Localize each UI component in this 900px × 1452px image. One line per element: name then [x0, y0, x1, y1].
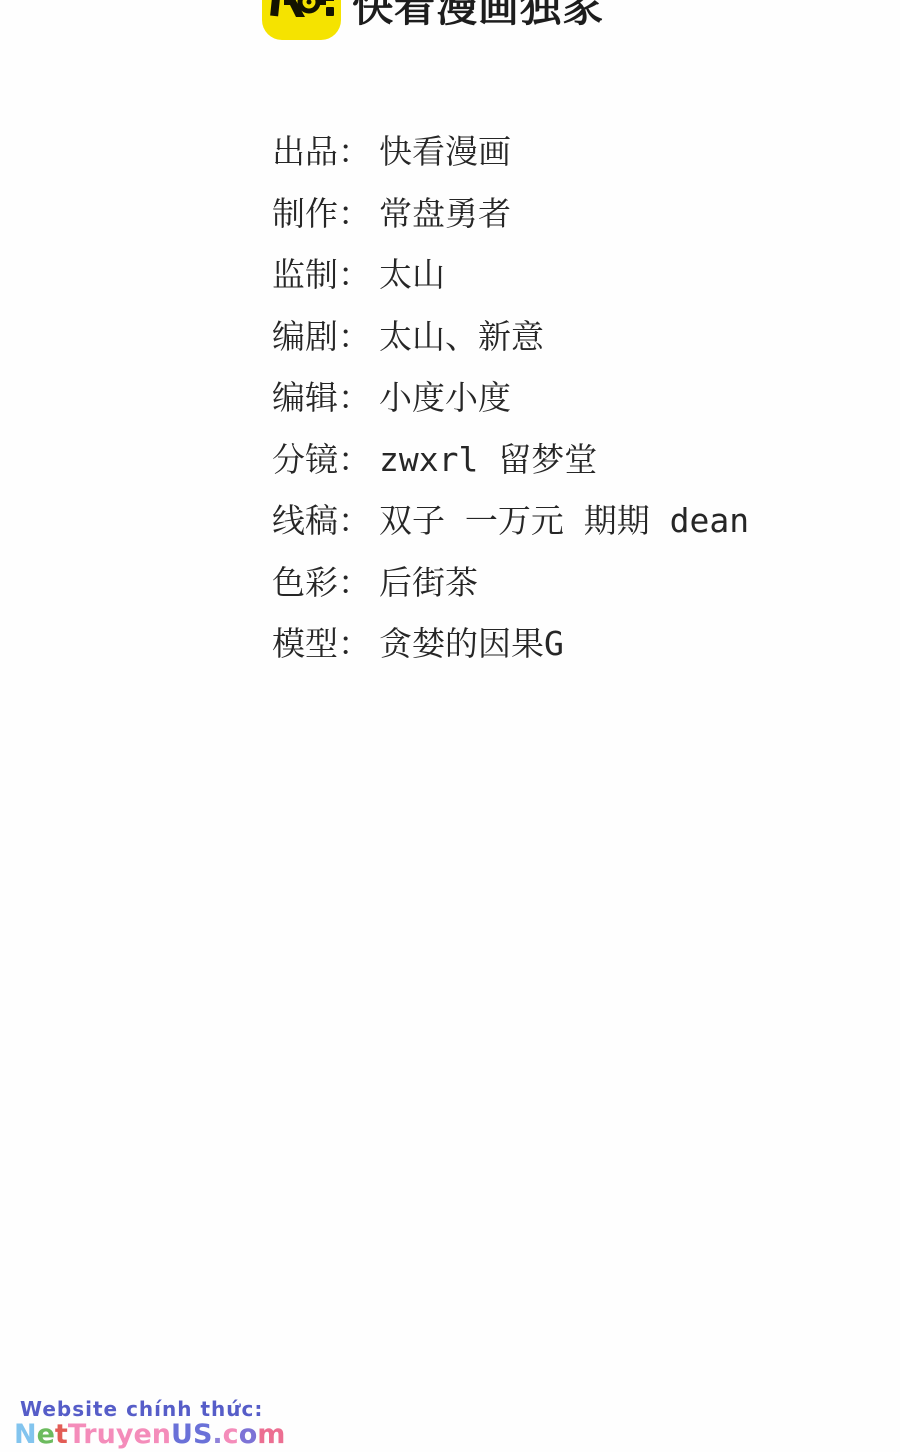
credit-label: 出品：	[272, 126, 371, 173]
credits-list: 出品： 快看漫画 制作： 常盘勇者 监制： 太山 编剧： 太山、新意 编辑： 小…	[272, 119, 749, 673]
credit-row-bianju: 编剧： 太山、新意	[272, 304, 749, 366]
watermark-site-letter: S	[193, 1419, 212, 1450]
kuaikan-app-logo-icon	[262, 0, 341, 40]
watermark-site-letter: o	[239, 1419, 258, 1450]
watermark-site-letter: N	[14, 1419, 37, 1450]
watermark-site-letter: n	[152, 1419, 171, 1450]
watermark-site-letter: e	[133, 1419, 151, 1450]
credit-value: 快看漫画	[379, 126, 511, 173]
credit-value: 双子 一万元 期期 dean	[379, 495, 749, 542]
credit-value: 贪婪的因果G	[379, 618, 564, 665]
watermark-site-letter: u	[97, 1419, 116, 1450]
credit-label: 色彩：	[272, 557, 371, 604]
watermark-site-letter: t	[55, 1419, 68, 1450]
watermark-site-letter: r	[83, 1419, 96, 1450]
credit-label: 编剧：	[272, 311, 371, 358]
credit-label: 分镜：	[272, 434, 371, 481]
watermark-site-letter: .	[212, 1419, 222, 1450]
watermark-site-letter: e	[37, 1419, 55, 1450]
watermark-site-letter: T	[68, 1419, 83, 1450]
kuaikan-logo-glyphs	[262, 0, 341, 40]
credit-row-moxing: 模型： 贪婪的因果G	[272, 611, 749, 673]
watermark-caption: Website chính thức:	[14, 1398, 285, 1420]
credit-row-fenjing: 分镜： zwxrl 留梦堂	[272, 427, 749, 489]
credit-row-secai: 色彩： 后街茶	[272, 550, 749, 612]
credit-label: 编辑：	[272, 372, 371, 419]
watermark-site-letter: m	[257, 1419, 285, 1450]
credit-label: 线稿：	[272, 495, 371, 542]
credit-value: 后街茶	[379, 557, 478, 604]
watermark-site-name: NetTruyenUS.com	[14, 1420, 285, 1450]
credit-value: 太山、新意	[379, 311, 544, 358]
comic-credits-page: 快看漫画独家 出品： 快看漫画 制作： 常盘勇者 监制： 太山 编剧： 太山、新…	[0, 0, 900, 1452]
credit-value: 常盘勇者	[379, 188, 511, 235]
credit-value: zwxrl 留梦堂	[379, 434, 597, 481]
watermark: Website chính thức: NetTruyenUS.com	[14, 1398, 285, 1450]
credit-row-xiangao: 线稿： 双子 一万元 期期 dean	[272, 488, 749, 550]
credit-value: 小度小度	[379, 372, 511, 419]
watermark-site-letter: y	[116, 1419, 134, 1450]
credit-label: 制作：	[272, 188, 371, 235]
credit-row-jianzhi: 监制： 太山	[272, 242, 749, 304]
watermark-site-letter: c	[223, 1419, 239, 1450]
watermark-site-letter: U	[171, 1419, 193, 1450]
credit-label: 模型：	[272, 618, 371, 665]
credit-value: 太山	[379, 249, 445, 296]
credit-row-chupin: 出品： 快看漫画	[272, 119, 749, 181]
credit-row-bianji: 编辑： 小度小度	[272, 365, 749, 427]
credit-label: 监制：	[272, 249, 371, 296]
credit-row-zhizuo: 制作： 常盘勇者	[272, 181, 749, 243]
brand-title: 快看漫画独家	[352, 0, 604, 33]
